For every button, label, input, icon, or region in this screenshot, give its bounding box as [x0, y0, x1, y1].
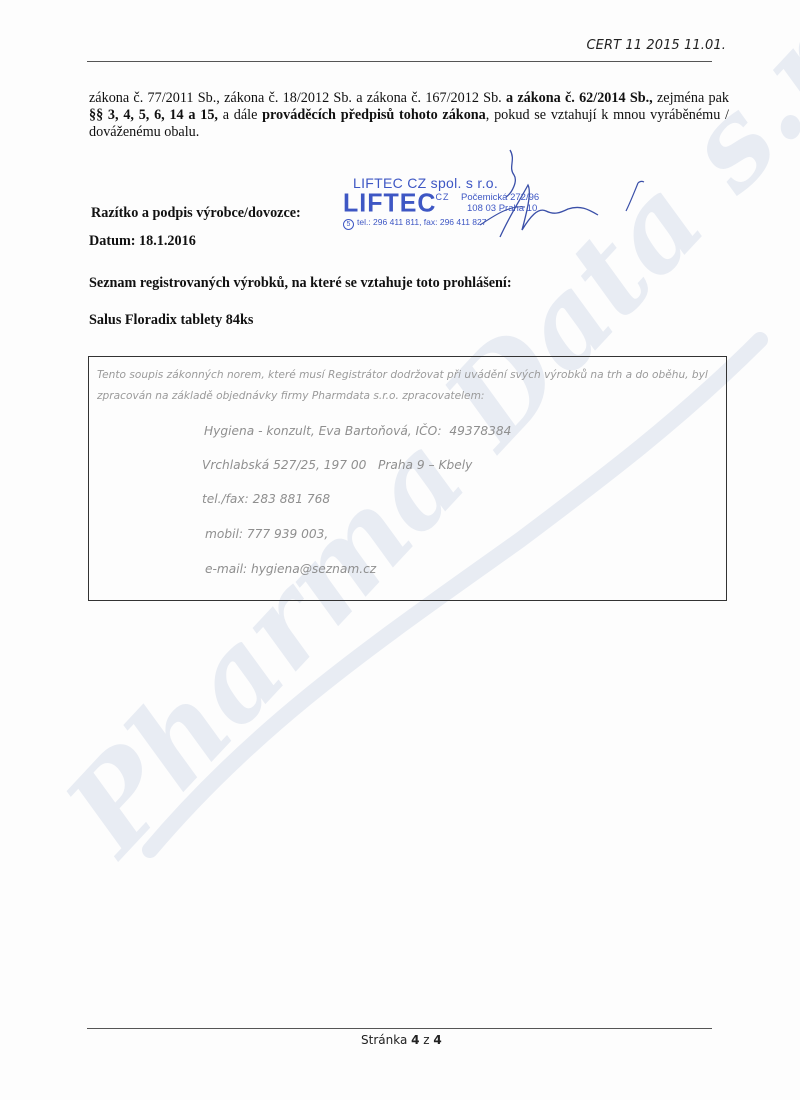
processor-email: e-mail: hygiena@seznam.cz: [205, 562, 376, 576]
processor-info-box: Tento soupis zákonných norem, které musí…: [88, 356, 727, 601]
footer-divider: [87, 1028, 712, 1029]
header-divider: [87, 61, 712, 62]
stamp-phone-text: tel.: 296 411 811, fax: 296 411 827: [357, 217, 487, 227]
paragraph-bold-text: a zákona č. 62/2014 Sb.,: [506, 90, 653, 106]
processor-address: Vrchlabská 527/25, 197 00 Praha 9 – Kbel…: [202, 458, 472, 472]
phone-icon: 5: [343, 219, 354, 230]
page-separator: z: [419, 1033, 433, 1047]
paragraph-bold-sections: §§ 3, 4, 5, 6, 14 a 15,: [89, 107, 218, 123]
page-number: Stránka 4 z 4: [361, 1033, 442, 1047]
paragraph-text: a dále: [218, 107, 262, 123]
paragraph-text: zejména pak: [653, 90, 729, 106]
info-intro-text: Tento soupis zákonných norem, které musí…: [97, 365, 722, 407]
paragraph-text: zákona č. 77/2011 Sb., zákona č. 18/2012…: [89, 90, 506, 106]
page-label: Stránka: [361, 1033, 411, 1047]
stamp-logo: LIFTECCZ: [343, 188, 450, 218]
signature-label: Razítko a podpis výrobce/dovozce:: [91, 205, 301, 222]
document-page: Pharma Data s.r.o. CERT 11 2015 11.01. z…: [0, 0, 800, 1100]
legal-paragraph: zákona č. 77/2011 Sb., zákona č. 18/2012…: [89, 90, 729, 141]
document-reference: CERT 11 2015 11.01.: [586, 38, 726, 53]
stamp-phone: 5tel.: 296 411 811, fax: 296 411 827: [343, 217, 487, 230]
page-total: 4: [433, 1033, 441, 1047]
handwritten-signature: [470, 145, 670, 245]
stamp-logo-text: LIFTEC: [343, 188, 437, 217]
processor-tel-fax: tel./fax: 283 881 768: [202, 492, 330, 506]
product-item: Salus Floradix tablety 84ks: [89, 312, 253, 329]
date-field: Datum: 18.1.2016: [89, 233, 196, 250]
processor-name: Hygiena - konzult, Eva Bartoňová, IČO: 4…: [204, 424, 511, 438]
processor-mobile: mobil: 777 939 003,: [205, 527, 328, 541]
paragraph-bold-text: prováděcích předpisů tohoto zákona: [262, 107, 486, 123]
registered-products-heading: Seznam registrovaných výrobků, na které …: [89, 275, 512, 292]
stamp-logo-suffix: CZ: [436, 191, 450, 202]
